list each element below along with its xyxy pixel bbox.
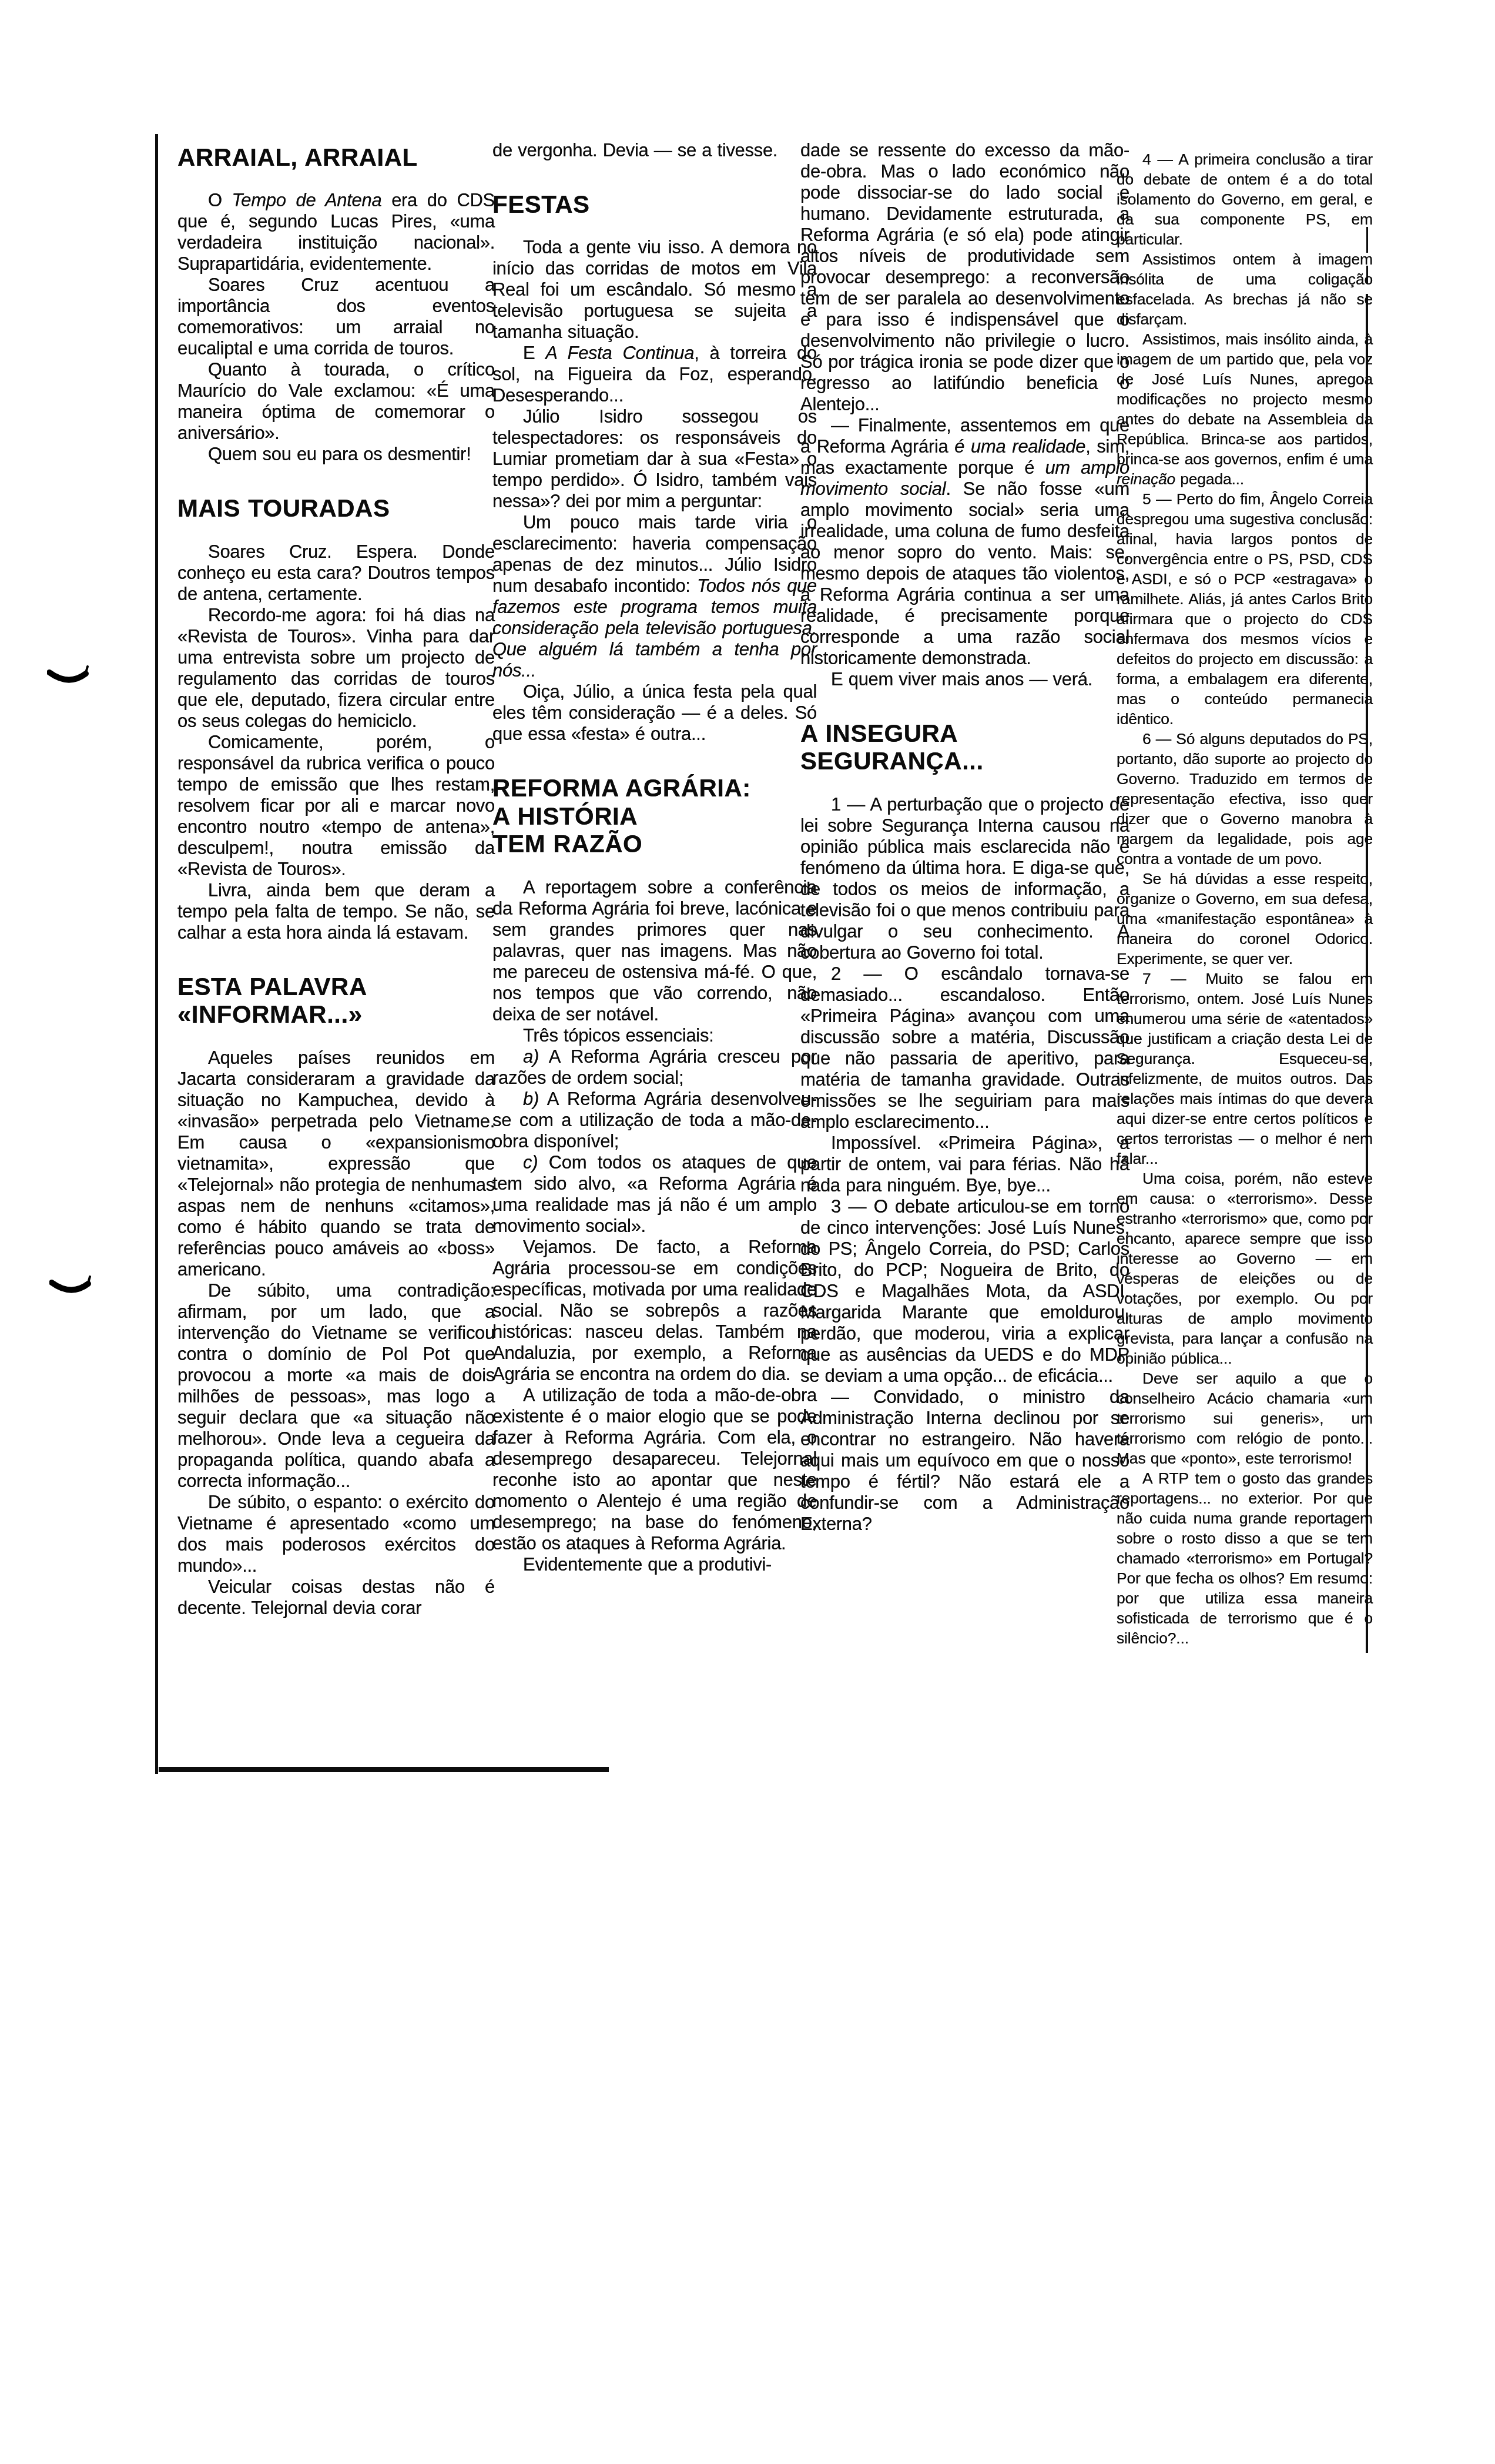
body-text: pegada... xyxy=(1175,470,1244,488)
body-text: Assistimos ontem à imagem insólita de um… xyxy=(1117,250,1373,328)
paragraph: De súbito, o espanto: o exército do Viet… xyxy=(177,1492,495,1576)
section-heading: ARRAIAL, ARRAIAL xyxy=(177,143,495,171)
body-text: Recordo-me agora: foi há dias na «Revist… xyxy=(177,605,495,731)
paragraph: Um pouco mais tarde viria o esclarecimen… xyxy=(492,512,817,681)
paragraph: Toda a gente viu isso. A demora no iníci… xyxy=(492,237,817,343)
body-text: Impossível. «Primeira Página», a partir … xyxy=(800,1133,1129,1196)
paragraph: E quem viver mais anos — verá. xyxy=(800,669,1129,690)
left-column-rule xyxy=(155,134,158,1774)
body-text: Veicular coisas destas não é decente. Te… xyxy=(177,1576,495,1618)
section-heading: FESTAS xyxy=(492,190,817,218)
body-text: Vejamos. De facto, a Reforma Agrária pro… xyxy=(492,1237,817,1384)
paragraph: Soares Cruz. Espera. Donde conheço eu es… xyxy=(177,541,495,605)
paragraph: 1 — A perturbação que o projecto de lei … xyxy=(800,794,1129,963)
paragraph: Recordo-me agora: foi há dias na «Revist… xyxy=(177,605,495,732)
paragraph: Impossível. «Primeira Página», a partir … xyxy=(800,1133,1129,1196)
paragraph: Oiça, Júlio, a única festa pela qual ele… xyxy=(492,681,817,745)
body-text: De súbito, uma contradição: afirmam, por… xyxy=(177,1280,495,1491)
paragraph: Se há dúvidas a esse respeito, organize … xyxy=(1117,869,1373,969)
paragraph: c) Com todos os ataques de que tem sido … xyxy=(492,1152,817,1237)
italic-text: c) xyxy=(523,1152,538,1173)
body-text: Livra, ainda bem que deram a tempo pela … xyxy=(177,880,495,943)
paragraph: 7 — Muito se falou em terrorismo, ontem.… xyxy=(1117,969,1373,1169)
body-text: Quem sou eu para os desmentir! xyxy=(208,444,471,464)
body-text: Soares Cruz. Espera. Donde conheço eu es… xyxy=(177,541,495,604)
body-text: A Reforma Agrária desenvolveu-se com a u… xyxy=(492,1089,817,1151)
body-text: Oiça, Júlio, a única festa pela qual ele… xyxy=(492,681,817,744)
paragraph: de vergonha. Devia — se a tivesse. xyxy=(492,140,817,161)
margin-pen-mark-icon xyxy=(49,1275,95,1305)
body-text: A reportagem sobre a conferência da Refo… xyxy=(492,877,817,1025)
paragraph: De súbito, uma contradição: afirmam, por… xyxy=(177,1280,495,1492)
italic-text: Tempo de Antena xyxy=(232,190,382,210)
paragraph: Soares Cruz acentuou a importância dos e… xyxy=(177,274,495,359)
paragraph: — Finalmente, assentemos em que a Reform… xyxy=(800,415,1129,669)
body-text: Toda a gente viu isso. A demora no iníci… xyxy=(492,237,817,342)
paragraph: — Convidado, o ministro da Administração… xyxy=(800,1387,1129,1535)
section-heading: A INSEGURA SEGURANÇA... xyxy=(800,719,1129,775)
body-text: Quanto à tourada, o crítico Maurício do … xyxy=(177,359,495,443)
paragraph: A utilização de toda a mão-de-obra exist… xyxy=(492,1385,817,1554)
paragraph: 5 — Perto do fim, Ângelo Correia despreg… xyxy=(1117,489,1373,729)
paragraph: Quem sou eu para os desmentir! xyxy=(177,444,495,465)
italic-text: b) xyxy=(523,1089,539,1109)
body-text: De súbito, o espanto: o exército do Viet… xyxy=(177,1492,495,1576)
paragraph: A RTP tem o gosto das grandes reportagen… xyxy=(1117,1468,1373,1648)
paragraph: Júlio Isidro sossegou os telespectadores… xyxy=(492,406,817,512)
section-heading: MAIS TOURADAS xyxy=(177,494,495,522)
paragraph: Assistimos ontem à imagem insólita de um… xyxy=(1117,249,1373,329)
body-text: Aqueles países reunidos em Jacarta consi… xyxy=(177,1047,495,1280)
body-text: Comicamente, porém, o responsável da rub… xyxy=(177,732,495,879)
body-text: E xyxy=(523,343,545,363)
body-text: — Convidado, o ministro da Administração… xyxy=(800,1387,1129,1534)
paragraph: Livra, ainda bem que deram a tempo pela … xyxy=(177,880,495,943)
body-text: 1 — A perturbação que o projecto de lei … xyxy=(800,794,1129,963)
paragraph: Evidentemente que a produtivi- xyxy=(492,1554,817,1575)
italic-text: é uma realidade xyxy=(954,436,1085,457)
section-heading: REFORMA AGRÁRIA: A HISTÓRIA TEM RAZÃO xyxy=(492,774,817,858)
italic-text: a) xyxy=(523,1046,539,1067)
italic-text: reinação xyxy=(1117,470,1175,488)
paragraph: b) A Reforma Agrária desenvolveu-se com … xyxy=(492,1089,817,1152)
body-text: dade se ressente do excesso da mão-de-ob… xyxy=(800,140,1129,414)
paragraph: 2 — O escândalo tornava-se demasiado... … xyxy=(800,963,1129,1133)
paragraph: E A Festa Continua, à torreira do sol, n… xyxy=(492,343,817,406)
body-text: A RTP tem o gosto das grandes reportagen… xyxy=(1117,1469,1373,1647)
body-text: Com todos os ataques de que tem sido alv… xyxy=(492,1152,817,1236)
paragraph: 4 — A primeira conclusão a tirar do deba… xyxy=(1117,149,1373,249)
body-text: E quem viver mais anos — verá. xyxy=(831,669,1092,689)
paragraph: Vejamos. De facto, a Reforma Agrária pro… xyxy=(492,1237,817,1385)
body-text: Assistimos, mais insólito ainda, à image… xyxy=(1117,330,1373,468)
body-text: 3 — O debate articulou-se em torno de ci… xyxy=(800,1196,1129,1386)
body-text: Se há dúvidas a esse respeito, organize … xyxy=(1117,870,1373,967)
paragraph: Quanto à tourada, o crítico Maurício do … xyxy=(177,359,495,444)
italic-text: A Festa Continua xyxy=(545,343,694,363)
paragraph: Assistimos, mais insólito ainda, à image… xyxy=(1117,329,1373,489)
paragraph: Três tópicos essenciais: xyxy=(492,1025,817,1046)
paragraph: Deve ser aquilo a que o conselheiro Acác… xyxy=(1117,1368,1373,1468)
body-text: 4 — A primeira conclusão a tirar do deba… xyxy=(1117,150,1373,248)
body-text: Deve ser aquilo a que o conselheiro Acác… xyxy=(1117,1370,1373,1467)
body-text: A utilização de toda a mão-de-obra exist… xyxy=(492,1385,817,1554)
newspaper-page: ARRAIAL, ARRAIALO Tempo de Antena era do… xyxy=(0,0,1495,2464)
column-3: dade se ressente do excesso da mão-de-ob… xyxy=(800,140,1129,1535)
article-end-rule xyxy=(159,1767,609,1772)
paragraph: Aqueles países reunidos em Jacarta consi… xyxy=(177,1047,495,1280)
body-text: 5 — Perto do fim, Ângelo Correia despreg… xyxy=(1117,490,1373,728)
body-text: 2 — O escândalo tornava-se demasiado... … xyxy=(800,963,1129,1132)
column-4: 4 — A primeira conclusão a tirar do deba… xyxy=(1117,149,1373,1648)
paragraph: a) A Reforma Agrária cresceu por razões … xyxy=(492,1046,817,1089)
column-1: ARRAIAL, ARRAIALO Tempo de Antena era do… xyxy=(177,140,495,1619)
margin-pen-mark-icon xyxy=(47,665,93,695)
body-text: Três tópicos essenciais: xyxy=(523,1025,713,1046)
body-text: Soares Cruz acentuou a importância dos e… xyxy=(177,274,495,359)
body-text: A Reforma Agrária cresceu por razões de … xyxy=(492,1046,817,1088)
paragraph: O Tempo de Antena era do CDS que é, segu… xyxy=(177,190,495,274)
column-2: de vergonha. Devia — se a tivesse.FESTAS… xyxy=(492,140,817,1575)
body-text: Uma coisa, porém, não esteve em causa: o… xyxy=(1117,1170,1373,1367)
paragraph: Veicular coisas destas não é decente. Te… xyxy=(177,1576,495,1619)
section-heading: ESTA PALAVRA «INFORMAR...» xyxy=(177,973,495,1029)
body-text: 6 — Só alguns deputados do PS, portanto,… xyxy=(1117,730,1373,868)
body-text: Júlio Isidro sossegou os telespectadores… xyxy=(492,406,817,511)
paragraph: 3 — O debate articulou-se em torno de ci… xyxy=(800,1196,1129,1387)
paragraph: 6 — Só alguns deputados do PS, portanto,… xyxy=(1117,729,1373,869)
body-text: . Se não fosse «um amplo movimento socia… xyxy=(800,478,1129,668)
paragraph: dade se ressente do excesso da mão-de-ob… xyxy=(800,140,1129,415)
body-text: Evidentemente que a produtivi- xyxy=(523,1554,772,1575)
body-text: 7 — Muito se falou em terrorismo, ontem.… xyxy=(1117,970,1373,1167)
paragraph: Comicamente, porém, o responsável da rub… xyxy=(177,732,495,880)
paragraph: Uma coisa, porém, não esteve em causa: o… xyxy=(1117,1169,1373,1368)
body-text: de vergonha. Devia — se a tivesse. xyxy=(492,140,777,160)
body-text: O xyxy=(208,190,232,210)
paragraph: A reportagem sobre a conferência da Refo… xyxy=(492,877,817,1025)
